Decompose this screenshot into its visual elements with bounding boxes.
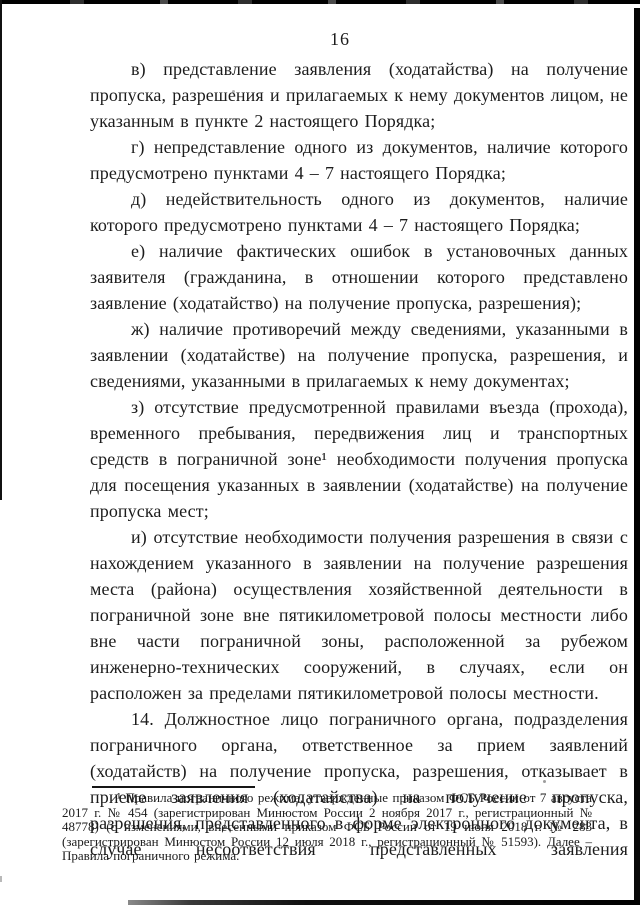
scan-artifact-speck: [0, 876, 2, 882]
scan-artifact-bottom-edge: [128, 900, 640, 905]
footnote: ¹ Правила пограничного режима, утвержден…: [62, 791, 592, 864]
scan-artifact-right-edge: [634, 8, 640, 905]
paragraph-item-g: г) непредставление одного из документов,…: [90, 134, 628, 186]
page-number: 16: [300, 29, 380, 50]
paragraph-item-v: в) представление заявления (ходатайства)…: [90, 56, 628, 134]
footnote-text: ¹ Правила пограничного режима, утвержден…: [62, 791, 592, 864]
paragraph-item-d: д) недействительность одного из документ…: [90, 186, 628, 238]
document-body: в) представление заявления (ходатайства)…: [90, 56, 628, 862]
footnote-separator: [92, 786, 255, 788]
document-page: 16 в) представление заявления (ходатайст…: [0, 0, 640, 905]
paragraph-item-e: е) наличие фактических ошибок в установо…: [90, 238, 628, 316]
scan-artifact-top-edge: [0, 0, 640, 4]
scan-artifact-left-edge: [0, 0, 2, 500]
paragraph-item-zh: ж) наличие противоречий между сведениями…: [90, 316, 628, 394]
paragraph-item-z: з) отсутствие предусмотренной правилами …: [90, 394, 628, 524]
paragraph-item-i: и) отсутствие необходимости получения ра…: [90, 524, 628, 706]
